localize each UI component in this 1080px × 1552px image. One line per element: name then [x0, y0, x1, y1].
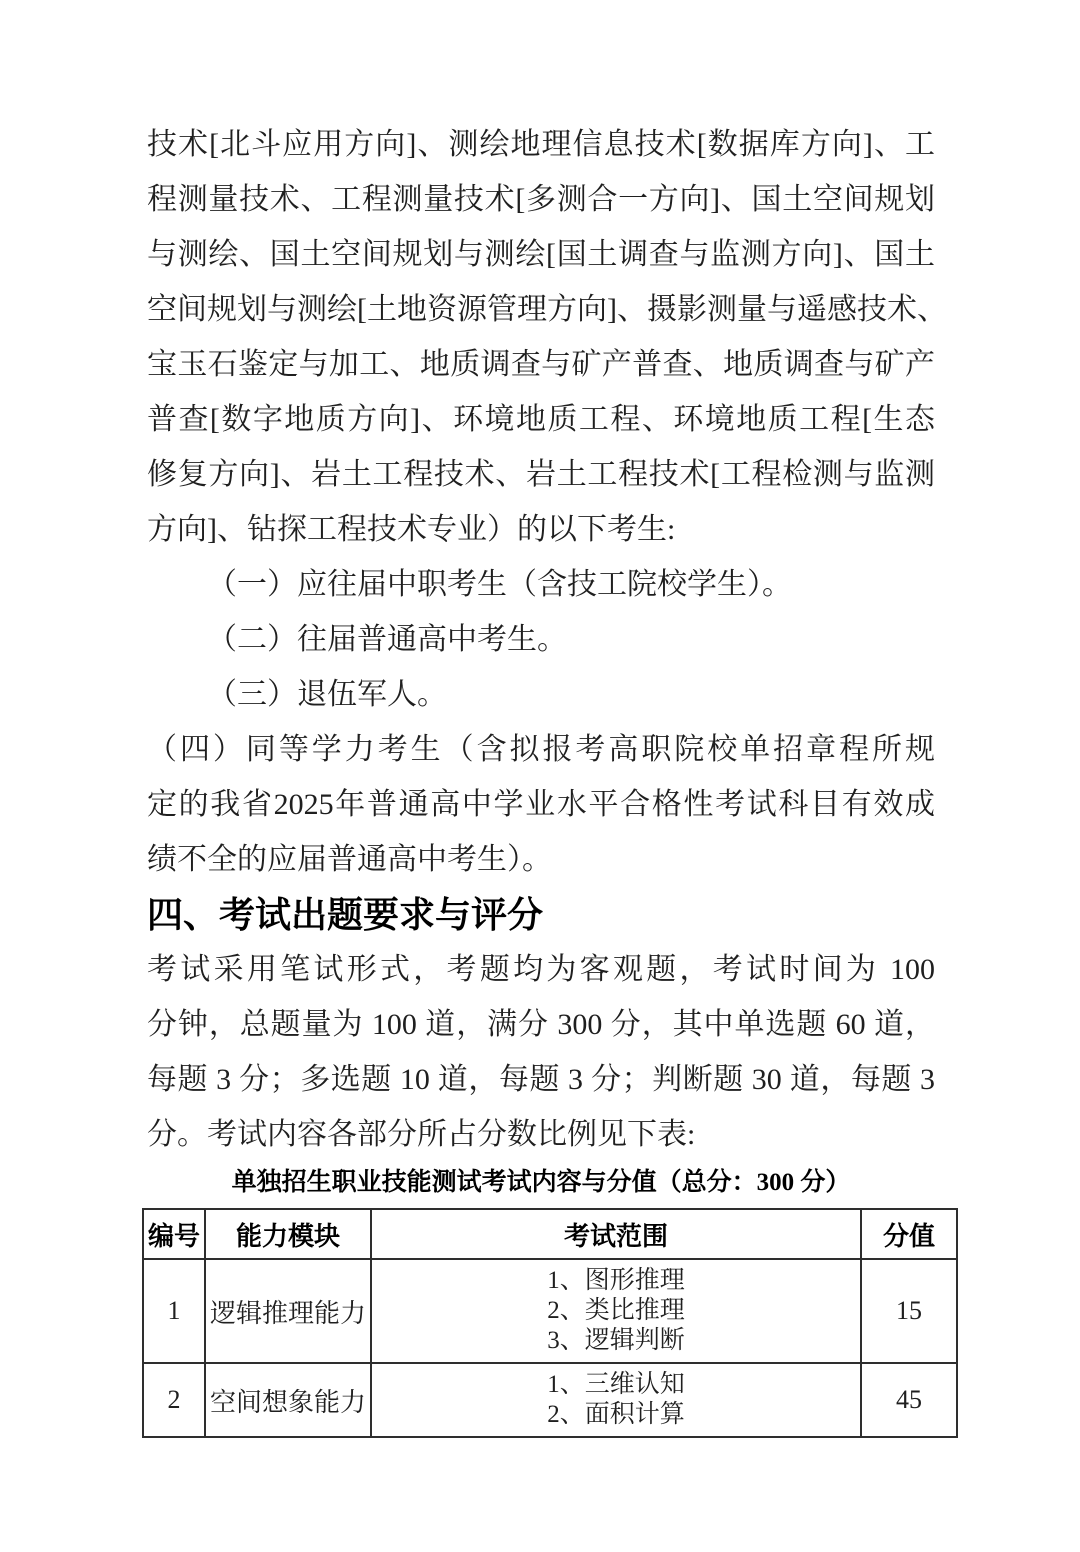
page-content: 技术[北斗应用方向]、测绘地理信息技术[数据库方向]、工 程测量技术、工程测量技… [147, 117, 935, 1438]
paragraph-line: 程测量技术、工程测量技术[多测合一方向]、国土空间规划 [147, 172, 935, 227]
cell-scope: 1、图形推理 2、类比推理 3、逻辑判断 [371, 1259, 861, 1363]
cell-module: 空间想象能力 [205, 1363, 371, 1437]
cell-score: 45 [861, 1363, 957, 1437]
candidate-item: （一）应往届中职考生（含技工院校学生）。 [147, 557, 935, 612]
paragraph-line: 普查[数字地质方向]、环境地质工程、环境地质工程[生态 [147, 392, 935, 447]
scope-item: 1、图形推理 [376, 1266, 856, 1296]
column-header-scope: 考试范围 [371, 1209, 861, 1259]
scope-item: 2、面积计算 [376, 1400, 856, 1430]
candidate-item: （二）往届普通高中考生。 [147, 612, 935, 667]
paragraph-line: 空间规划与测绘[土地资源管理方向]、摄影测量与遥感技术、 [147, 282, 935, 337]
candidate-item-4-paragraph: （四）同等学力考生（含拟报考高职院校单招章程所规 定的我省2025年普通高中学业… [147, 722, 935, 887]
column-header-score: 分值 [861, 1209, 957, 1259]
section-heading: 四、考试出题要求与评分 [147, 887, 935, 942]
scope-item: 3、逻辑判断 [376, 1326, 856, 1356]
cell-scope: 1、三维认知 2、面积计算 [371, 1363, 861, 1437]
exam-format-paragraph: 考试采用笔试形式，考题均为客观题，考试时间为 100 分钟，总题量为 100 道… [147, 942, 935, 1162]
paragraph-line: 分钟，总题量为 100 道，满分 300 分，其中单选题 60 道， [147, 997, 935, 1052]
column-header-module: 能力模块 [205, 1209, 371, 1259]
paragraph-line: 方向]、钻探工程技术专业）的以下考生: [147, 502, 935, 557]
score-table-block: 单独招生职业技能测试考试内容与分值（总分：300 分） 编号 能力模块 考试范围… [147, 1166, 935, 1438]
candidate-items: （一）应往届中职考生（含技工院校学生）。 （二）往届普通高中考生。 （三）退伍军… [147, 557, 935, 722]
scope-item: 1、三维认知 [376, 1370, 856, 1400]
score-table: 编号 能力模块 考试范围 分值 1 逻辑推理能力 [142, 1208, 958, 1438]
cell-score: 15 [861, 1259, 957, 1363]
paragraph-line: 宝玉石鉴定与加工、地质调查与矿产普查、地质调查与矿产 [147, 337, 935, 392]
paragraph-line: 与测绘、国土空间规划与测绘[国土调查与监测方向]、国土 [147, 227, 935, 282]
paragraph-line: 定的我省2025年普通高中学业水平合格性考试科目有效成 [147, 777, 935, 832]
column-header-number: 编号 [143, 1209, 205, 1259]
document-page: 技术[北斗应用方向]、测绘地理信息技术[数据库方向]、工 程测量技术、工程测量技… [0, 0, 1080, 1552]
paragraph-line: 修复方向]、岩土工程技术、岩土工程技术[工程检测与监测 [147, 447, 935, 502]
candidate-item: （三）退伍军人。 [147, 667, 935, 722]
paragraph-line: 绩不全的应届普通高中考生）。 [147, 832, 935, 887]
cell-number: 1 [143, 1259, 205, 1363]
paragraph-line: （四）同等学力考生（含拟报考高职院校单招章程所规 [147, 722, 935, 777]
scope-item: 2、类比推理 [376, 1296, 856, 1326]
table-row: 2 空间想象能力 1、三维认知 2、面积计算 45 [143, 1363, 957, 1437]
paragraph-line: 每题 3 分；多选题 10 道，每题 3 分；判断题 30 道，每题 3 [147, 1052, 935, 1107]
table-title: 单独招生职业技能测试考试内容与分值（总分：300 分） [147, 1166, 935, 1200]
majors-paragraph: 技术[北斗应用方向]、测绘地理信息技术[数据库方向]、工 程测量技术、工程测量技… [147, 117, 935, 557]
cell-module: 逻辑推理能力 [205, 1259, 371, 1363]
paragraph-line: 技术[北斗应用方向]、测绘地理信息技术[数据库方向]、工 [147, 117, 935, 172]
paragraph-line: 分。考试内容各部分所占分数比例见下表: [147, 1107, 935, 1162]
table-body: 1 逻辑推理能力 1、图形推理 2、类比推理 3、逻辑判断 [143, 1259, 957, 1437]
table-header-row: 编号 能力模块 考试范围 分值 [143, 1209, 957, 1259]
table-row: 1 逻辑推理能力 1、图形推理 2、类比推理 3、逻辑判断 [143, 1259, 957, 1363]
cell-number: 2 [143, 1363, 205, 1437]
paragraph-line: 考试采用笔试形式，考题均为客观题，考试时间为 100 [147, 942, 935, 997]
